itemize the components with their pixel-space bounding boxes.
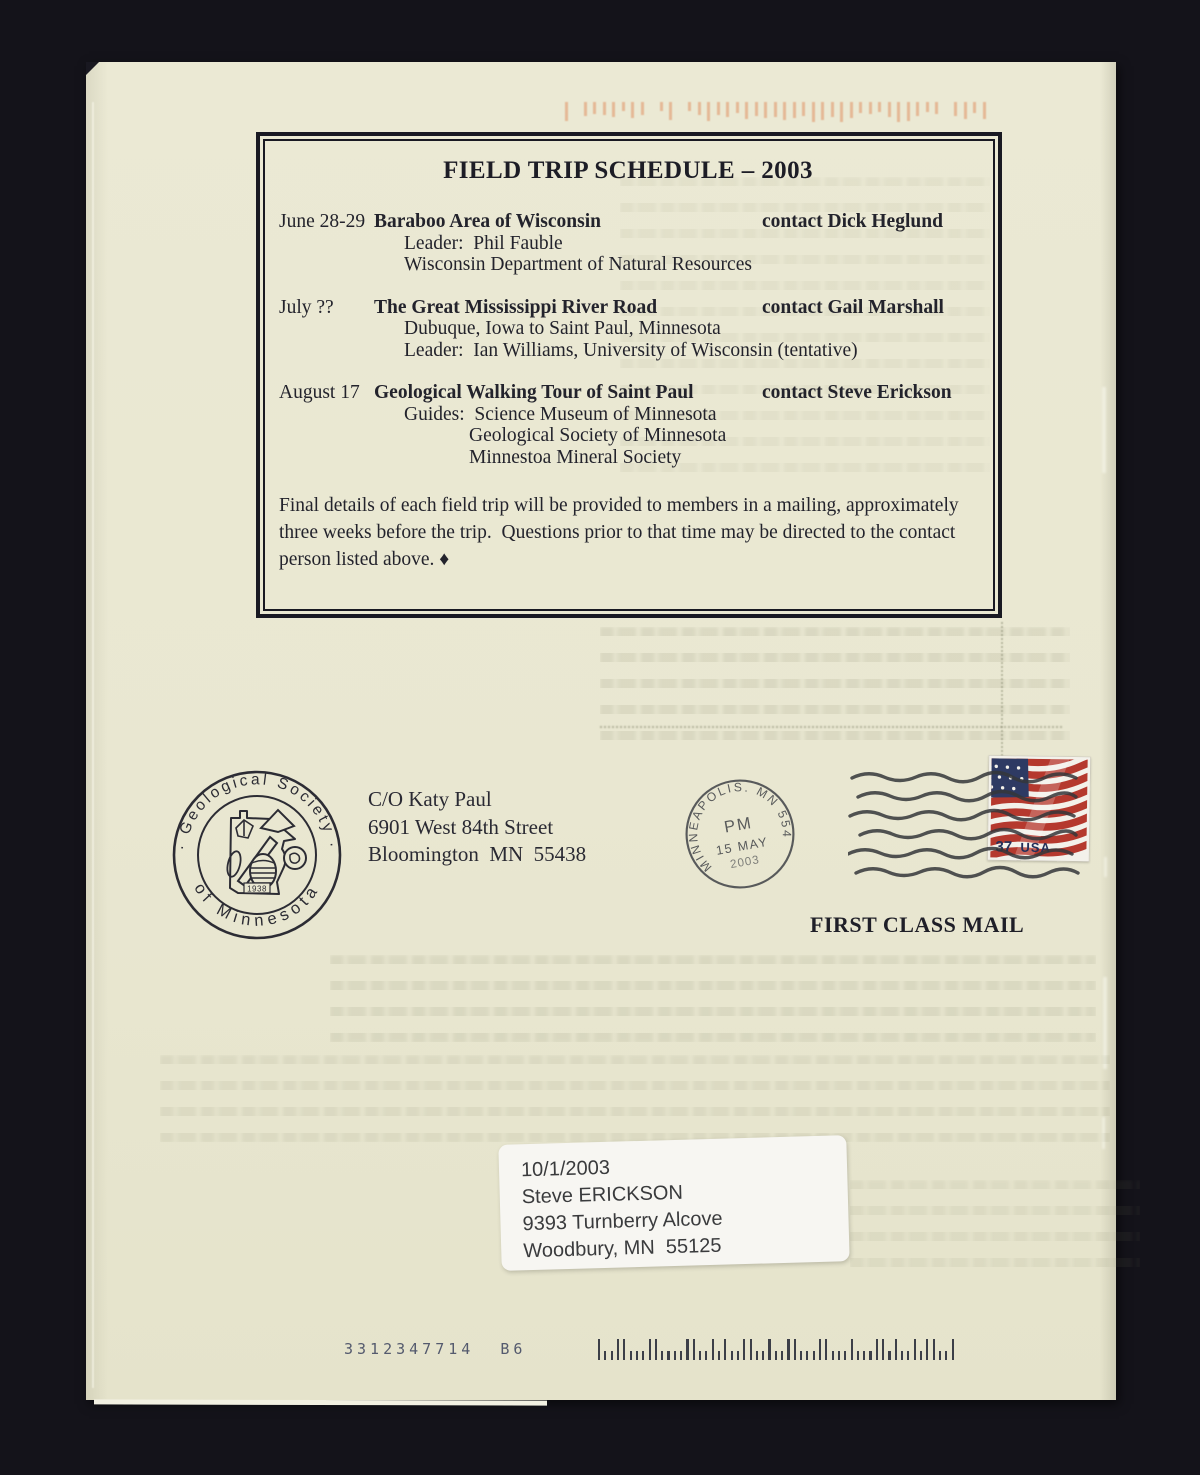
trip-detail: Wisconsin Department of Natural Resource… [279,254,977,276]
barcode-bar [926,1339,928,1360]
orange-mark [812,102,815,122]
barcode-bar [813,1351,815,1360]
orange-mark [983,102,986,119]
mail-class-label: FIRST CLASS MAIL [810,912,1024,938]
trip-detail: Leader: Phil Fauble [279,233,977,255]
orange-mark [840,102,843,122]
orange-mark [926,102,929,112]
barcode-bar [762,1351,764,1360]
hand-lens-icon [284,847,306,869]
barcode-bar [680,1351,682,1360]
trip-detail: Dubuque, Iowa to Saint Paul, Minnesota [279,318,977,340]
barcode-bar [731,1351,733,1360]
orange-mark [736,102,739,113]
orange-mark [745,102,748,119]
barcode-bar [686,1339,688,1360]
barcode-bar [750,1339,752,1360]
trip-title: The Great Mississippi River Road [374,297,762,319]
rope-coil-icon [225,850,243,878]
barcode-bar [945,1351,947,1360]
trip-head: July ??The Great Mississippi River Roadc… [279,297,977,319]
barcode-bar [832,1351,834,1360]
orange-mark [565,102,568,121]
orange-mark [897,102,900,122]
barcode-bar [851,1339,853,1360]
showthrough-rule [1001,622,1003,764]
trip-detail: Leader: Ian Williams, University of Wisc… [279,340,977,362]
orange-mark [793,102,796,118]
trip-detail: Minnestoa Mineral Society [279,447,977,469]
barcode-bar [857,1351,859,1360]
barcode-bar [939,1351,941,1360]
trip-detail: Geological Society of Minnesota [279,425,977,447]
orange-mark [802,102,805,116]
barcode-bar [844,1351,846,1360]
orange-mark [641,102,644,115]
barcode-bar [869,1351,871,1360]
recipient-address-label: 10/1/2003 Steve ERICKSON 9393 Turnberry … [498,1135,849,1271]
barcode-bar [705,1351,707,1360]
trip-date: June 28-29 [279,211,374,233]
barcode-bar [794,1339,796,1360]
showthrough-text [850,1180,1140,1272]
orange-mark [698,102,701,115]
showthrough-text [160,1055,1110,1143]
trip-date: July ?? [279,297,374,319]
barcode-bar [743,1339,745,1360]
orange-mark [783,102,786,120]
barcode-bar [863,1351,865,1360]
trip-contact: contact Steve Erickson [762,382,977,404]
barcode-bar [699,1351,701,1360]
field-trip-schedule-inner: FIELD TRIP SCHEDULE – 2003 June 28-29Bar… [263,139,995,611]
seal-year: 1938 [244,883,270,894]
barcode-bar [920,1351,922,1360]
mailer-id-code: 3312347714 B6 [344,1340,526,1358]
barcode-bar [882,1339,884,1360]
barcode-bar [914,1339,916,1360]
paper-crease [1103,977,1107,1069]
schedule-note: Final details of each field trip will be… [279,492,977,573]
orange-mark [916,102,919,116]
seal-ring-top-text: · Geological Society · [173,771,341,851]
orange-mark [878,102,881,112]
orange-mark [707,102,710,121]
scan-background: { "document": { "trip_box": { "title": "… [0,0,1200,1475]
orange-mark [631,102,634,118]
barcode-bar [756,1351,758,1360]
showthrough-text [600,627,1070,752]
barcode-bar [623,1339,625,1360]
trip-list: June 28-29Baraboo Area of Wisconsinconta… [279,211,977,468]
orange-mark [859,102,862,113]
paper-crease [1102,1117,1105,1149]
trip-entry: July ??The Great Mississippi River Roadc… [279,297,977,362]
orange-mark [935,102,938,114]
barcode-bar [718,1351,720,1360]
postmark-date: 15 MAY [715,835,769,858]
orange-mark [964,102,967,119]
barcode-bar [636,1351,638,1360]
showthrough-text [330,955,1096,1043]
barcode-bar [819,1339,821,1360]
orange-mark [612,102,615,117]
paper-crease [1102,387,1106,473]
scanned-envelope-page: FIELD TRIP SCHEDULE – 2003 June 28-29Bar… [86,62,1116,1400]
svg-text:· Geological Society ·: · Geological Society · [173,771,341,851]
barcode-bar [630,1351,632,1360]
trip-date: August 17 [279,382,374,404]
trip-contact: contact Gail Marshall [762,297,977,319]
barcode-bar [667,1351,669,1360]
orange-mark [821,102,824,120]
orange-mark [888,102,891,117]
barcode-bar [649,1339,651,1360]
trip-contact: contact Dick Heglund [762,211,977,233]
orange-mark [593,102,596,114]
barcode-bar [876,1339,878,1360]
barcode-bar [895,1339,897,1360]
barcode-bar [655,1339,657,1360]
barcode-bar [617,1339,619,1360]
barcode-bar [642,1351,644,1360]
barcode-bar [806,1351,808,1360]
barcode-bar [768,1339,770,1360]
postnet-barcode [598,1336,958,1360]
barcode-bar [661,1351,663,1360]
orange-code-marks [555,102,1121,128]
barcode-bar [724,1339,726,1360]
orange-mark [764,102,767,118]
trip-head: June 28-29Baraboo Area of Wisconsinconta… [279,211,977,233]
postmark-icon: MINNEAPOLIS. MN 554 PM 15 MAY 2003 [672,766,808,902]
trip-title: Baraboo Area of Wisconsin [374,211,762,233]
barcode-bar [737,1351,739,1360]
field-trip-schedule-box: FIELD TRIP SCHEDULE – 2003 June 28-29Bar… [256,132,1002,618]
trip-head: August 17Geological Walking Tour of Sain… [279,382,977,404]
svg-text:1938: 1938 [247,885,267,894]
orange-mark [717,102,720,115]
barcode-bar [825,1339,827,1360]
orange-mark [755,102,758,116]
barcode-bar [781,1351,783,1360]
return-address-line: Bloomington MN 55438 [368,841,586,869]
barcode-bar [604,1351,606,1360]
stacked-sheet-edge [92,102,94,1388]
orange-mark [907,102,910,121]
return-address-line: 6901 West 84th Street [368,814,586,842]
showthrough-rule [600,726,1062,728]
orange-mark [954,102,957,116]
orange-mark [850,102,853,118]
barcode-bar [611,1351,613,1360]
barcode-bar [712,1339,714,1360]
trip-entry: June 28-29Baraboo Area of Wisconsinconta… [279,211,977,276]
trip-title: Geological Walking Tour of Saint Paul [374,382,762,404]
barcode-bar [907,1351,909,1360]
orange-mark [973,102,976,113]
orange-mark [584,102,587,116]
return-address-line: C/O Katy Paul [368,786,586,814]
barcode-bar [598,1339,600,1360]
barcode-bar [787,1339,789,1360]
orange-mark [660,102,663,111]
trip-entry: August 17Geological Walking Tour of Sain… [279,382,977,468]
orange-mark [603,102,606,115]
barcode-bar [901,1351,903,1360]
orange-mark [774,102,777,117]
barcode-bar [800,1351,802,1360]
postmark-pm: PM [723,814,754,837]
schedule-title: FIELD TRIP SCHEDULE – 2003 [279,157,977,185]
orange-mark [869,102,872,114]
orange-mark [669,102,672,120]
paper-crease [1104,857,1107,877]
page-corner-fold [86,62,100,76]
barcode-bar [838,1351,840,1360]
barcode-bar [693,1339,695,1360]
barcode-bar [952,1339,954,1360]
barcode-bar [674,1351,676,1360]
return-address: C/O Katy Paul 6901 West 84th Street Bloo… [368,786,586,869]
orange-mark [622,102,625,111]
crystal-icon [236,820,253,838]
trip-detail: Guides: Science Museum of Minnesota [279,404,977,426]
barcode-bar [933,1339,935,1360]
cancellation-waves-icon [848,770,1104,886]
barcode-bar [888,1351,890,1360]
postmark-year: 2003 [729,853,761,871]
barcode-bar [775,1351,777,1360]
orange-mark [831,102,834,117]
orange-mark [688,102,691,111]
orange-mark [726,102,729,117]
geological-society-seal-icon: · Geological Society · of Minnesota [168,766,346,944]
